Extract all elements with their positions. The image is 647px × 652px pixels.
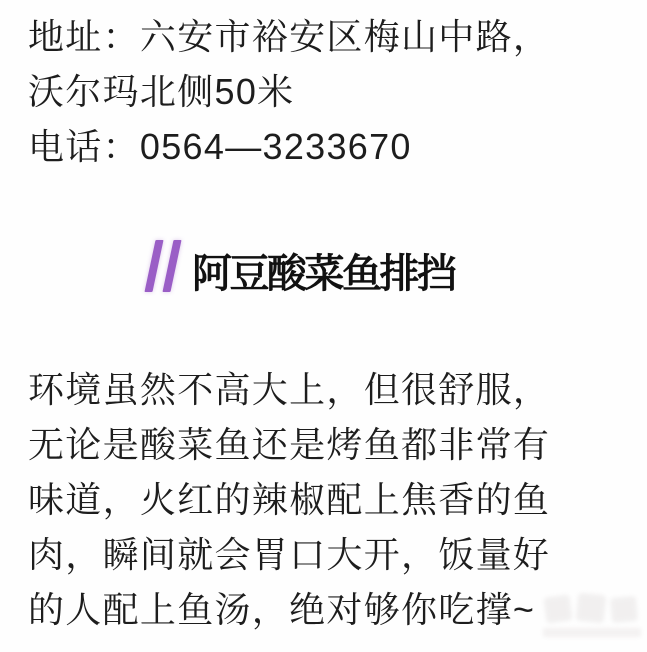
review-line: 味道，火红的辣椒配上焦香的鱼 bbox=[28, 472, 627, 527]
review-line: 肉，瞬间就会胃口大开，饭量好 bbox=[28, 527, 627, 582]
review-paragraph: 环境虽然不高大上，但很舒服， 无论是酸菜鱼还是烤鱼都非常有 味道，火红的辣椒配上… bbox=[28, 362, 627, 637]
review-line: 环境虽然不高大上，但很舒服， bbox=[28, 362, 627, 417]
slash-icon bbox=[144, 240, 163, 292]
contact-info: 地址：六安市裕安区梅山中路， 沃尔玛北侧50米 电话：0564—3233670 bbox=[0, 0, 647, 174]
address-line-1: 地址：六安市裕安区梅山中路， bbox=[28, 9, 627, 64]
restaurant-name: 阿豆酸菜鱼排挡 bbox=[192, 242, 455, 299]
address-value-line2: 沃尔玛北侧50米 bbox=[28, 71, 294, 112]
phone-label: 电话： bbox=[28, 126, 140, 167]
double-slash-icon bbox=[150, 240, 176, 292]
review-line: 的人配上鱼汤，绝对够你吃撑~ bbox=[28, 582, 627, 637]
slash-icon bbox=[162, 240, 181, 292]
address-label: 地址： bbox=[28, 16, 140, 57]
article-page: 地址：六安市裕安区梅山中路， 沃尔玛北侧50米 电话：0564—3233670 … bbox=[0, 0, 647, 652]
address-value-line1: 六安市裕安区梅山中路， bbox=[140, 16, 550, 57]
section-title: 阿豆酸菜鱼排挡 bbox=[150, 240, 647, 300]
phone-number: 0564—3233670 bbox=[140, 126, 412, 167]
address-line-2: 沃尔玛北侧50米 bbox=[28, 64, 627, 119]
review-line: 无论是酸菜鱼还是烤鱼都非常有 bbox=[28, 417, 627, 472]
phone-line: 电话：0564—3233670 bbox=[28, 119, 627, 174]
